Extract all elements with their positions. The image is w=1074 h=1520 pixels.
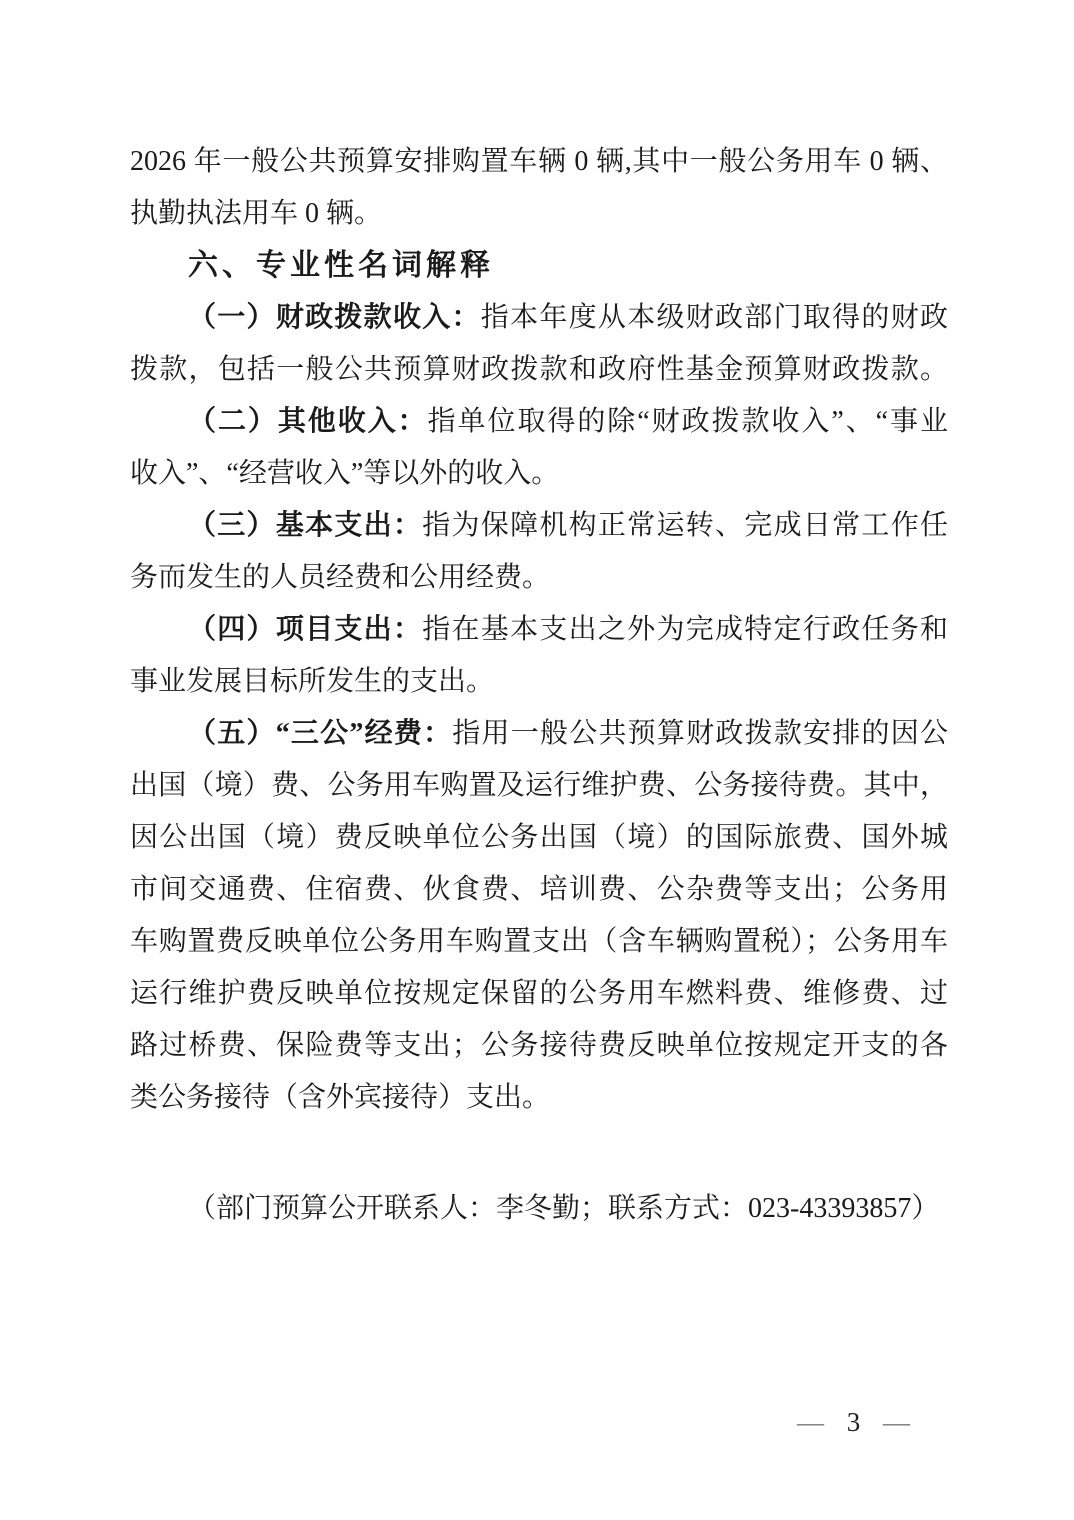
definition-1-line-1: （一）财政拨款收入：指本年度从本级财政部门取得的财政 (130, 292, 948, 344)
definition-5-line-7: 路过桥费、保险费等支出；公务接待费反映单位按规定开支的各 (130, 1020, 948, 1072)
definition-3-line-2: 务而发生的人员经费和公用经费。 (130, 552, 948, 604)
section-six-heading: 六、专业性名词解释 (130, 240, 948, 292)
definition-5-line-6: 运行维护费反映单位按规定保留的公务用车燃料费、维修费、过 (130, 968, 948, 1020)
definition-1-line-2: 拨款，包括一般公共预算财政拨款和政府性基金预算财政拨款。 (130, 344, 948, 396)
definition-3-text: 指为保障机构正常运转、完成日常工作任 (422, 510, 948, 541)
definition-1-term: （一）财政拨款收入： (188, 302, 481, 333)
budget-contact-line: （部门预算公开联系人：李冬勤；联系方式：023-43393857） (130, 1183, 990, 1235)
vehicle-para-line-2: 执勤执法用车 0 辆。 (130, 188, 948, 240)
definition-1-text: 指本年度从本级财政部门取得的财政 (481, 302, 948, 333)
definition-5-line-3: 因公出国（境）费反映单位公务出国（境）的国际旅费、国外城 (130, 812, 948, 864)
page-number: — 3 — (797, 1402, 910, 1442)
vehicle-para-line-1: 2026 年一般公共预算安排购置车辆 0 辆,其中一般公务用车 0 辆、 (130, 136, 948, 188)
definition-5-line-5: 车购置费反映单位公务用车购置支出（含车辆购置税）；公务用车 (130, 916, 948, 968)
definition-4-text: 指在基本支出之外为完成特定行政任务和 (422, 614, 948, 645)
definition-5-line-8: 类公务接待（含外宾接待）支出。 (130, 1072, 948, 1124)
page-number-right-dash: — (883, 1407, 910, 1437)
page-number-left-dash: — (797, 1407, 824, 1437)
definition-5-line-2: 出国（境）费、公务用车购置及运行维护费、公务接待费。其中， (130, 760, 948, 812)
definition-2-line-1: （二）其他收入：指单位取得的除“财政拨款收入”、“事业 (130, 396, 948, 448)
definition-2-text: 指单位取得的除“财政拨款收入”、“事业 (428, 406, 948, 437)
definition-5-line-4: 市间交通费、住宿费、伙食费、培训费、公杂费等支出；公务用 (130, 864, 948, 916)
definition-5-text: 指用一般公共预算财政拨款安排的因公 (452, 718, 948, 749)
definition-4-term: （四）项目支出： (188, 614, 422, 645)
page-number-value: 3 (847, 1407, 861, 1437)
definition-4-line-2: 事业发展目标所发生的支出。 (130, 656, 948, 708)
definition-3-term: （三）基本支出： (188, 510, 422, 541)
definition-5-term: （五）“三公”经费： (188, 718, 452, 749)
definition-2-line-2: 收入”、“经营收入”等以外的收入。 (130, 448, 948, 500)
definition-3-line-1: （三）基本支出：指为保障机构正常运转、完成日常工作任 (130, 500, 948, 552)
document-text-block: 2026 年一般公共预算安排购置车辆 0 辆,其中一般公务用车 0 辆、 执勤执… (130, 136, 948, 1124)
definition-4-line-1: （四）项目支出：指在基本支出之外为完成特定行政任务和 (130, 604, 948, 656)
definition-5-line-1: （五）“三公”经费：指用一般公共预算财政拨款安排的因公 (130, 708, 948, 760)
definition-2-term: （二）其他收入： (188, 406, 428, 437)
